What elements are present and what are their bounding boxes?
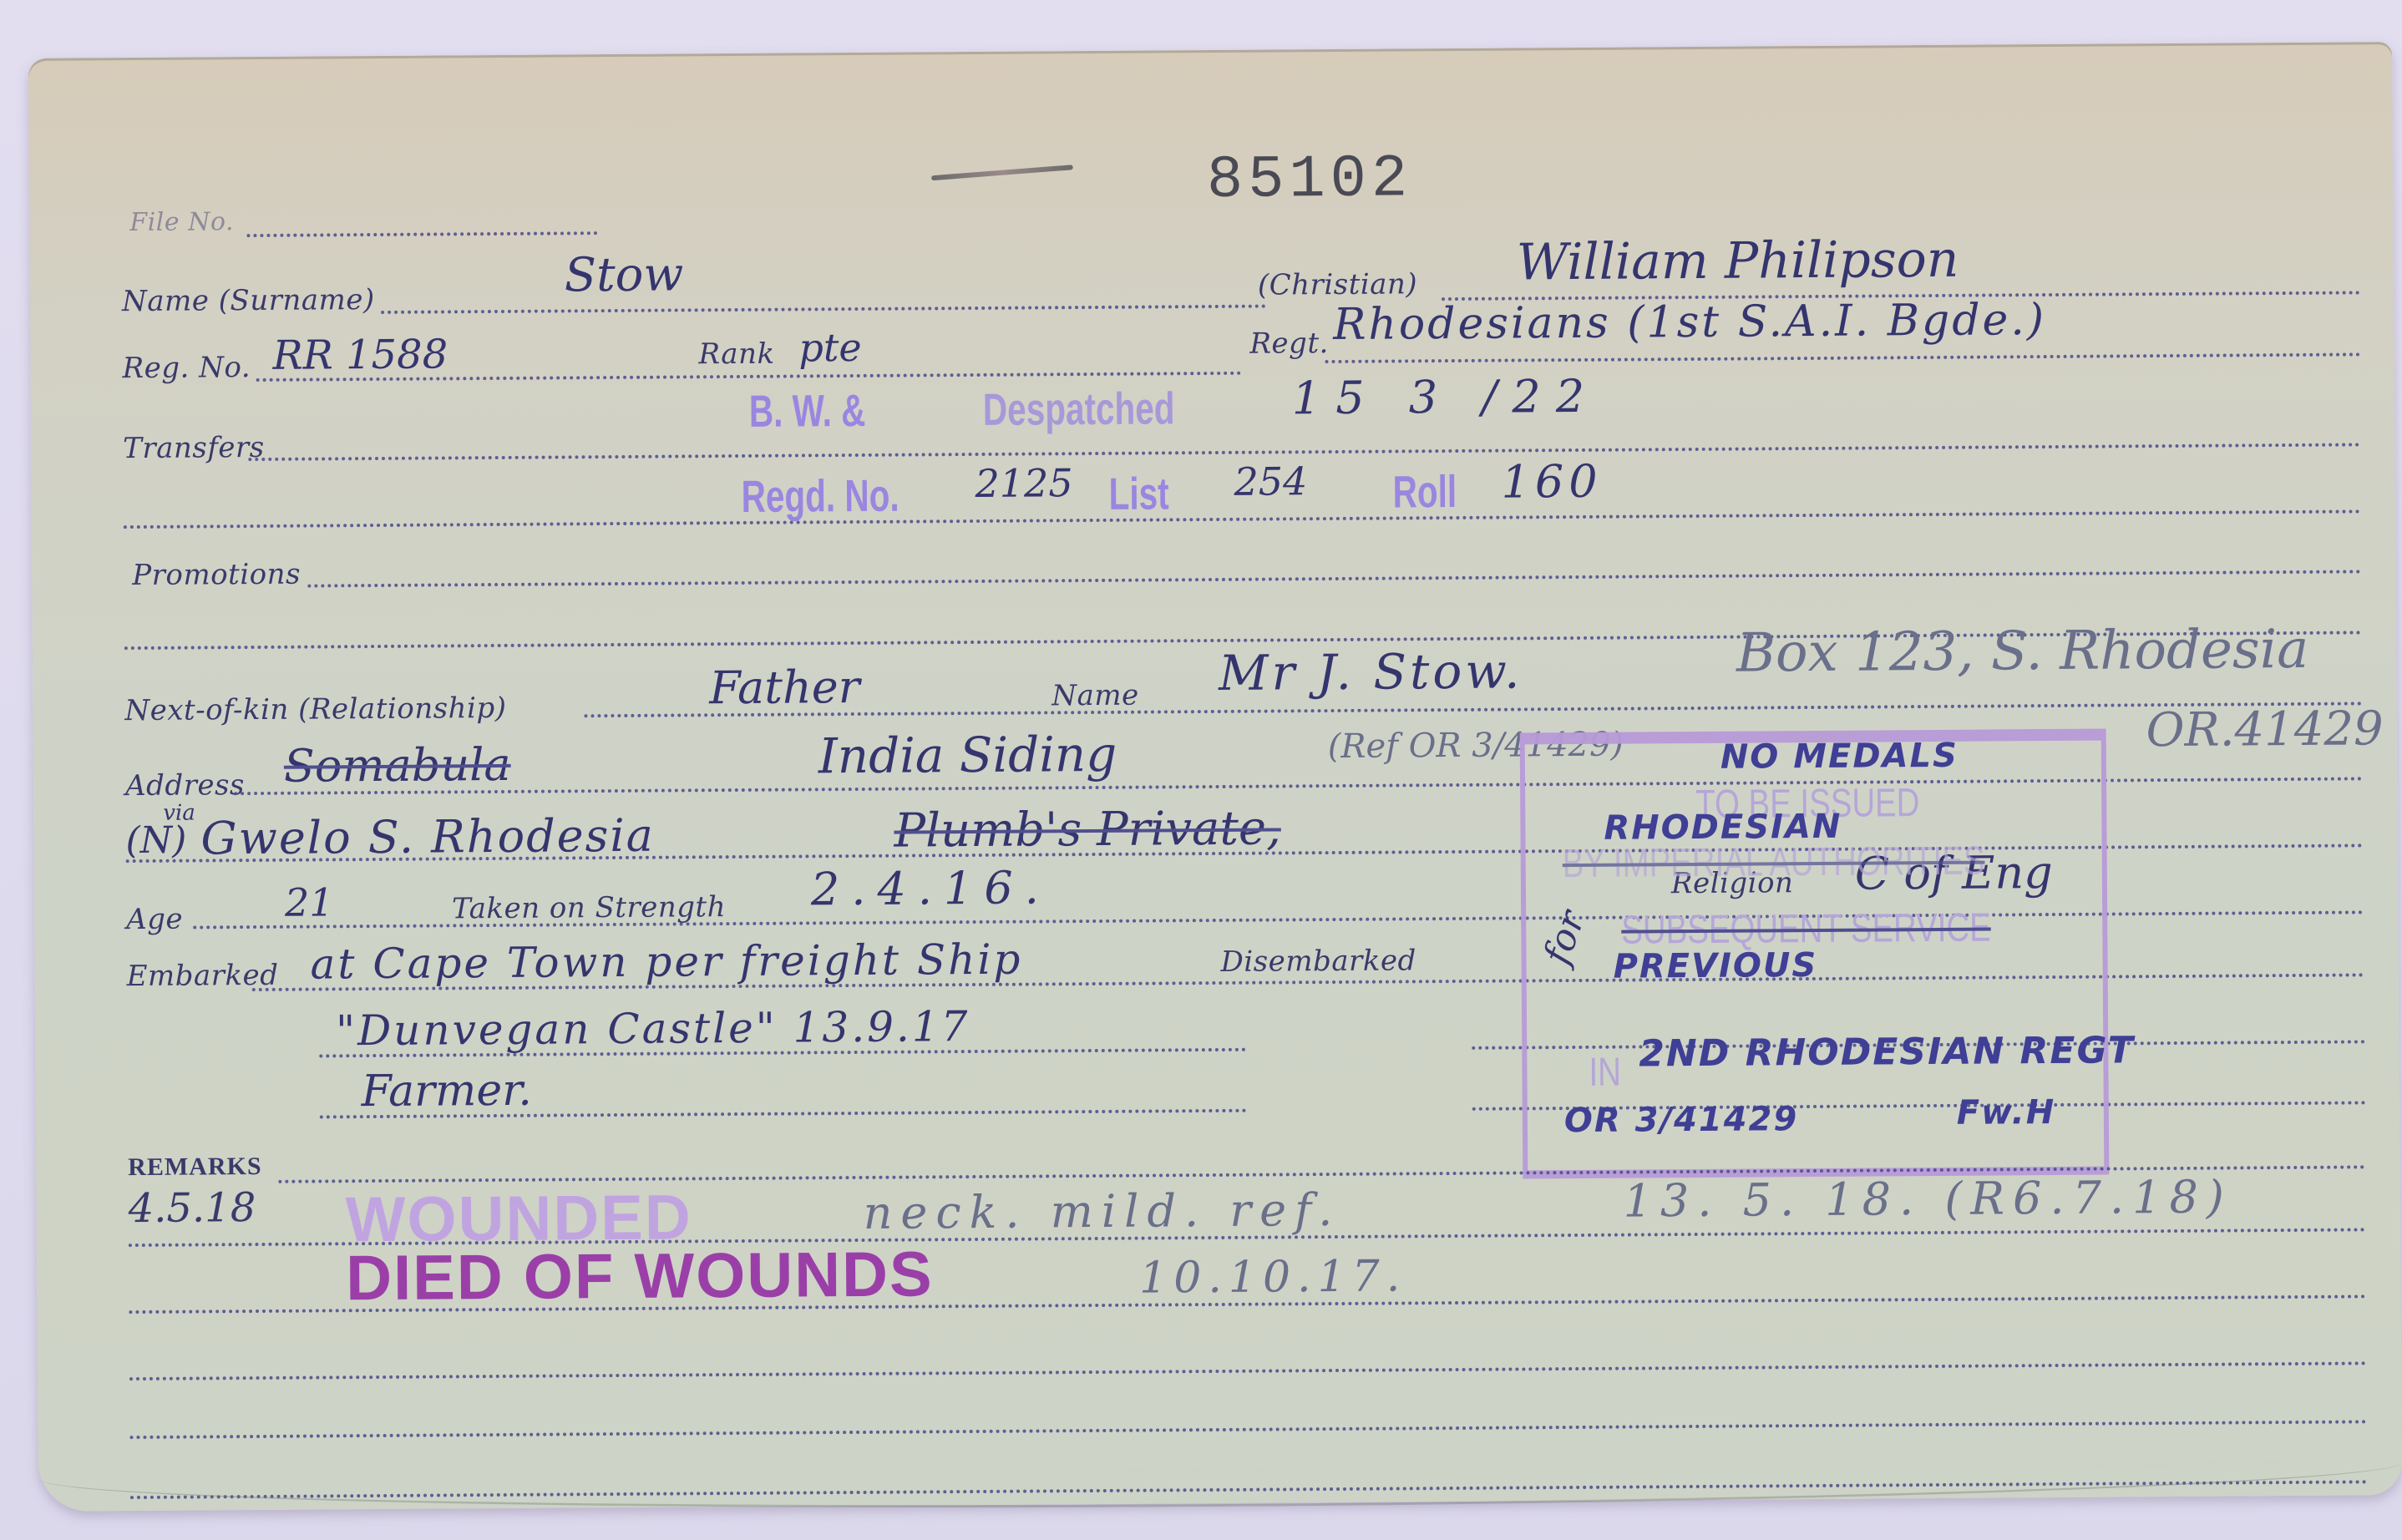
disembarked-label: Disembarked	[1220, 944, 1416, 979]
remarks-line-4	[129, 1361, 2368, 1380]
address-line1: India Siding	[818, 726, 1117, 784]
reg-no-value: RR 1588	[272, 331, 448, 378]
died-date: 10.10.17.	[1139, 1251, 1407, 1303]
wounded-note: neck. mild. ref.	[863, 1183, 1340, 1239]
previous-text: PREVIOUS	[1613, 946, 1817, 986]
surname-value: Stow	[565, 247, 684, 302]
stamp-initials: Fw.H	[1957, 1093, 2056, 1132]
roll-value: 160	[1501, 455, 1603, 509]
card-number: 85102	[1207, 144, 1413, 215]
address-via: via	[163, 801, 195, 826]
list-stamp-label: List	[1108, 468, 1168, 520]
address-struck: Somabula	[284, 738, 511, 793]
next-of-kin-relationship: Father	[709, 661, 860, 714]
remarks-line-6	[130, 1480, 2369, 1499]
despatched-date: 15 3 /22	[1292, 370, 1600, 425]
nok-ref: OR.41429	[2146, 702, 2383, 757]
stamp-ref-text: OR 3/41429	[1564, 1100, 1799, 1140]
list-value: 254	[1234, 458, 1307, 504]
reg-no-label: Reg. No.	[122, 351, 251, 385]
file-no-line	[246, 231, 597, 237]
in-text: IN	[1589, 1050, 1621, 1096]
rank-value: pte	[798, 325, 862, 371]
age-label: Age	[126, 903, 183, 936]
wounded-dates: 13. 5. 18. (R6.7.18)	[1623, 1171, 2232, 1228]
surname-line	[381, 305, 1266, 314]
promotions-label: Promotions	[132, 558, 301, 592]
despatched-stamp-label: Despatched	[983, 382, 1175, 436]
taken-on-strength-label: Taken on Strength	[452, 890, 726, 925]
regt-value: Rhodesians (1st S.A.I. Bgde.)	[1333, 295, 2046, 350]
remarks-line-5	[129, 1420, 2368, 1439]
transfers-line-2	[124, 509, 2362, 529]
embarked-line1: at Cape Town per freight Ship	[310, 935, 1022, 989]
regt-label: Regt.	[1249, 327, 1329, 361]
imperial-authorities-text: BY IMPERIAL AUTHORITIES	[1563, 838, 1985, 888]
nok-name-value: Mr J. Stow.	[1219, 642, 1523, 702]
transfers-label: Transfers	[123, 431, 265, 465]
regd-no-value: 2125	[975, 460, 1072, 506]
pin-mark	[931, 165, 1073, 180]
regt-line	[1325, 352, 2361, 363]
embarked-line2: "Dunvegan Castle" 13.9.17	[336, 1002, 970, 1055]
attestation-card: 85102 File No. Name (Surname) Stow (Chri…	[28, 42, 2402, 1512]
nok-name-label: Name	[1052, 679, 1139, 713]
died-of-wounds-stamp: DIED OF WOUNDS	[346, 1238, 934, 1315]
address-label: Address	[125, 768, 245, 803]
christian-label: (Christian)	[1258, 267, 1418, 301]
nok-address-extra: Box 123, S. Rhodesia	[1736, 619, 2309, 685]
regd-no-stamp-label: Regd. No.	[741, 470, 899, 523]
rank-label: Rank	[698, 337, 774, 372]
file-no-label: File No.	[129, 207, 234, 237]
remarks-label: REMARKS	[128, 1152, 262, 1182]
occupation-value: Farmer.	[361, 1066, 532, 1117]
bw-stamp-label: B. W. &	[749, 385, 866, 438]
surname-label: Name (Surname)	[122, 283, 375, 318]
no-medals-text: NO MEDALS	[1720, 737, 1959, 777]
taken-on-strength-value: 2.4.16.	[811, 861, 1051, 915]
address-line2-struck: Plumb's Private,	[894, 801, 1281, 858]
roll-stamp-label: Roll	[1392, 466, 1457, 519]
next-of-kin-label: Next-of-kin (Relationship)	[124, 691, 506, 727]
remarks-date: 4.5.18	[128, 1184, 256, 1232]
promotions-line	[307, 570, 2362, 587]
christian-value: William Philipson	[1516, 230, 1959, 292]
age-value: 21	[285, 879, 334, 925]
rhodesian-regt-text: 2ND RHODESIAN REGT	[1639, 1029, 2135, 1075]
